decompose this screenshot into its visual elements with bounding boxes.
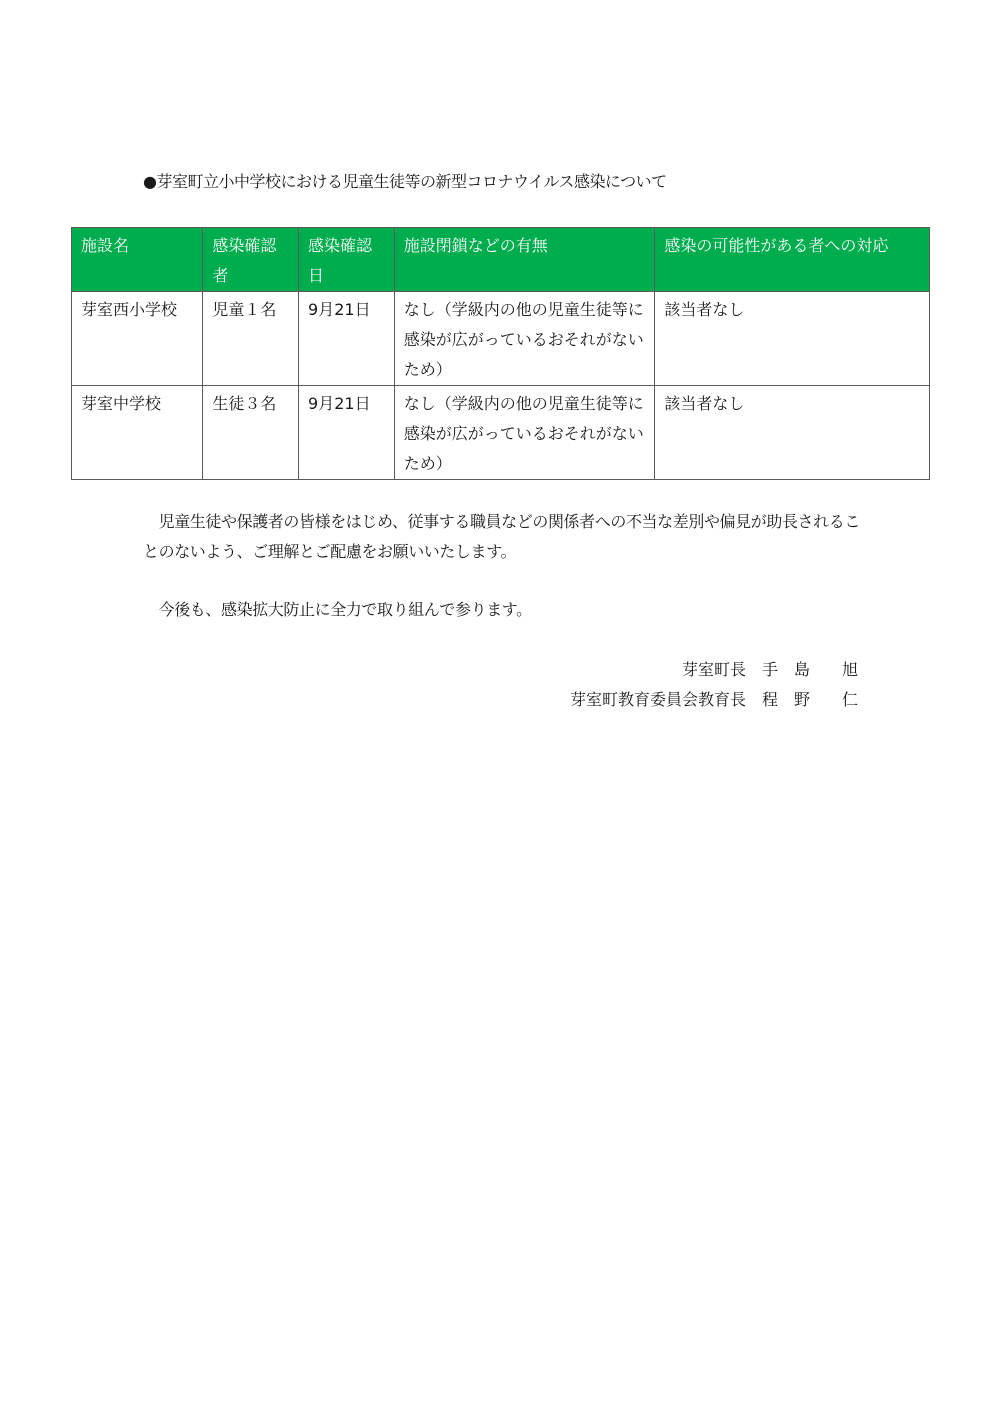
cell-confirmed: 児童１名	[203, 292, 299, 386]
table-row: 芽室西小学校 児童１名 9月21日 なし（学級内の他の児童生徒等に感染が広がって…	[72, 292, 930, 386]
cell-date: 9月21日	[299, 386, 395, 480]
column-header-facility: 施設名	[72, 228, 203, 292]
signature-mayor: 芽室町長 手 島 旭	[682, 658, 858, 682]
signature-superintendent: 芽室町教育委員会教育長 程 野 仁	[570, 688, 858, 712]
cell-date: 9月21日	[299, 292, 395, 386]
cell-response: 該当者なし	[655, 292, 930, 386]
table-row: 芽室中学校 生徒３名 9月21日 なし（学級内の他の児童生徒等に感染が広がってい…	[72, 386, 930, 480]
cell-response: 該当者なし	[655, 386, 930, 480]
column-header-closure: 施設閉鎖などの有無	[394, 228, 655, 292]
cell-closure: なし（学級内の他の児童生徒等に感染が広がっているおそれがないため）	[394, 292, 655, 386]
paragraph-commitment: 今後も、感染拡大防止に全力で取り組んで参ります。	[143, 595, 873, 625]
cell-facility: 芽室中学校	[72, 386, 203, 480]
column-header-confirmed: 感染確認者	[203, 228, 299, 292]
table-header-row: 施設名 感染確認者 感染確認日 施設閉鎖などの有無 感染の可能性がある者への対応	[72, 228, 930, 292]
document-title: ●芽室町立小中学校における児童生徒等の新型コロナウイルス感染について	[143, 170, 667, 194]
column-header-date: 感染確認日	[299, 228, 395, 292]
cell-closure: なし（学級内の他の児童生徒等に感染が広がっているおそれがないため）	[394, 386, 655, 480]
infection-report-table: 施設名 感染確認者 感染確認日 施設閉鎖などの有無 感染の可能性がある者への対応…	[71, 227, 930, 480]
cell-facility: 芽室西小学校	[72, 292, 203, 386]
column-header-response: 感染の可能性がある者への対応	[655, 228, 930, 292]
paragraph-request: 児童生徒や保護者の皆様をはじめ、従事する職員などの関係者への不当な差別や偏見が助…	[143, 507, 873, 567]
cell-confirmed: 生徒３名	[203, 386, 299, 480]
